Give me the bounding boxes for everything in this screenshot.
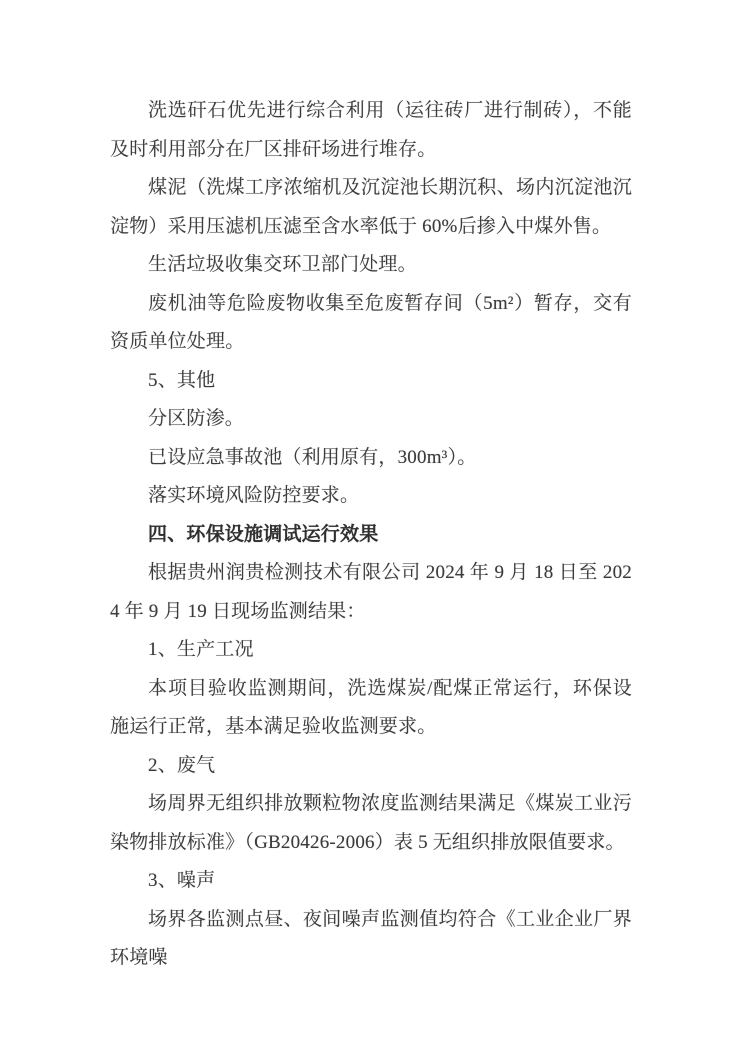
para-monitoring-basis: 根据贵州润贵检测技术有限公司 2024 年 9 月 18 日至 2024 年 9… (110, 554, 632, 631)
document-page: 洗选矸石优先进行综合利用（运往砖厂进行制砖），不能及时利用部分在厂区排矸场进行堆… (0, 0, 740, 1046)
para-waste-gas-result: 场周界无组织排放颗粒物浓度监测结果满足《煤炭工业污染物排放标准》（GB20426… (110, 785, 632, 862)
heading-item-1-production-status: 1、生产工况 (110, 631, 632, 670)
para-coal-slime-disposal: 煤泥（洗煤工序浓缩机及沉淀池长期沉积、场内沉淀池沉淀物）采用压滤机压滤至含水率低… (110, 169, 632, 246)
para-gangue-utilization: 洗选矸石优先进行综合利用（运往砖厂进行制砖），不能及时利用部分在厂区排矸场进行堆… (110, 92, 632, 169)
para-noise-result: 场界各监测点昼、夜间噪声监测值均符合《工业企业厂界环境噪 (110, 901, 632, 978)
para-zoned-seepage-control: 分区防渗。 (110, 400, 632, 439)
para-emergency-pool: 已设应急事故池（利用原有，300m³）。 (110, 439, 632, 478)
heading-section-4-commissioning-results: 四、环保设施调试运行效果 (110, 516, 632, 555)
para-domestic-waste: 生活垃圾收集交环卫部门处理。 (110, 246, 632, 285)
heading-item-3-noise: 3、噪声 (110, 862, 632, 901)
para-production-status: 本项目验收监测期间，洗选煤炭/配煤正常运行，环保设施运行正常，基本满足验收监测要… (110, 670, 632, 747)
document-text-block: 洗选矸石优先进行综合利用（运往砖厂进行制砖），不能及时利用部分在厂区排矸场进行堆… (110, 92, 632, 978)
para-risk-control: 落实环境风险防控要求。 (110, 477, 632, 516)
heading-item-5-other: 5、其他 (110, 362, 632, 401)
para-hazardous-waste-oil: 废机油等危险废物收集至危废暂存间（5m²）暂存，交有资质单位处理。 (110, 285, 632, 362)
heading-item-2-waste-gas: 2、废气 (110, 747, 632, 786)
